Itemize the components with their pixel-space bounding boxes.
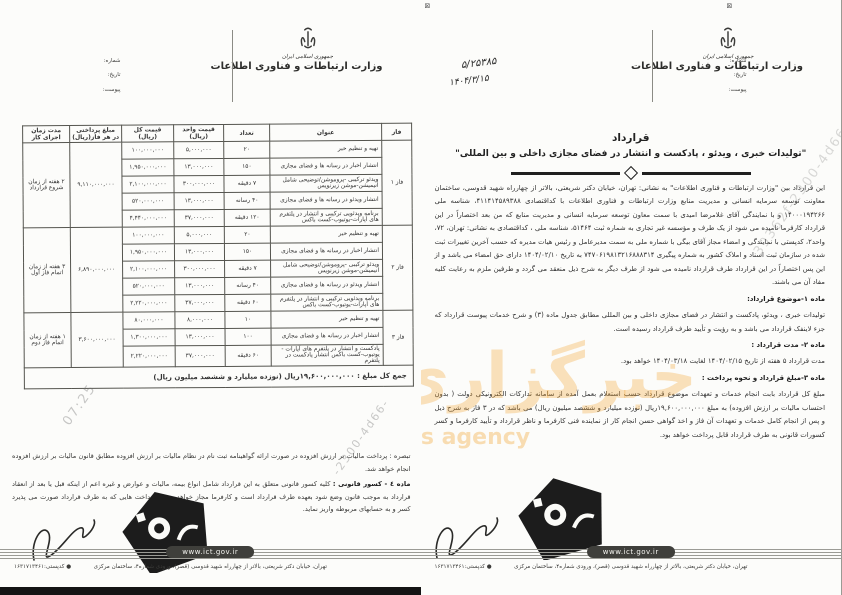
article-2-body: مدت قرارداد ۵ هفته از تاریخ ۱۴۰۴/۰۲/۱۵ ل… — [435, 355, 826, 368]
contract-intro: این قرارداد بین "وزارت ارتباطات و فناوری… — [435, 182, 826, 290]
item-title: انتشار اخبار در رسانه ها و فضای مجازی — [270, 242, 382, 260]
phase-3-payable: ۳,۶۰۰,۰۰۰,۰۰۰ — [70, 312, 122, 367]
contract-title: قرارداد — [421, 132, 842, 144]
article-2-title: ماده ۲- مدت قرارداد : — [435, 339, 826, 352]
item-unit-price: ۵,۰۰۰,۰۰۰ — [173, 141, 223, 158]
grand-total: جمع کل مبلغ : ۱۹,۶۰۰,۰۰۰,۰۰۰ریال (نوزده … — [24, 365, 413, 389]
item-title: انتشار ویدئو در رسانه ها و فضای مجازی — [270, 276, 382, 294]
item-total-price: ۵۲۰,۰۰۰,۰۰۰ — [122, 278, 174, 295]
item-title: انتشار اخبار در رسانه ها و فضای مجازی — [269, 157, 381, 175]
footer-postal: ● کدپستی:۱۶۳۱۷۱۳۴۶۱ — [435, 564, 492, 570]
scan-black-bar — [0, 587, 421, 595]
col-unit-price: قیمت واحد (ریال) — [173, 124, 223, 141]
item-unit-price: ۳۷,۰۰۰,۰۰۰ — [174, 294, 224, 311]
item-unit-price: ۱۳,۰۰۰,۰۰۰ — [175, 328, 225, 345]
divider-line — [511, 172, 620, 175]
item-qty: ۱۲۰ دقیقه — [224, 209, 270, 226]
ministry-name: وزارت ارتباطات و فناوری اطلاعات — [233, 61, 383, 72]
item-total-price: ۴,۴۴۰,۰۰۰,۰۰۰ — [122, 210, 174, 227]
article-4-title: ماده ٤ - کسور قانونی : — [333, 480, 411, 488]
contract-subtitle: "تولیدات خبری ، ویدئو ، پادکست و انتشار … — [421, 149, 842, 159]
item-qty: ۴۰ رسانه — [224, 192, 270, 209]
item-unit-price: ۱۳,۰۰۰,۰۰۰ — [173, 158, 223, 175]
item-unit-price: ۳۰۰,۰۰۰,۰۰۰ — [174, 260, 224, 277]
vat-note: تبصره : پرداخت مالیات بر ارزش افزوده در … — [12, 450, 411, 475]
item-total-price: ۲,۲۲۰,۰۰۰,۰۰۰ — [123, 346, 175, 367]
page-footer: www.ict.gov.ir تهران، خیابان دکتر شریعتی… — [421, 537, 842, 581]
item-total-price: ۵۲۰,۰۰۰,۰۰۰ — [122, 193, 174, 210]
item-title: تهیه و تنظیم خبر — [269, 140, 381, 158]
contract-page-2: جمهوری اسلامی ایران وزارت ارتباطات و فنا… — [0, 0, 421, 595]
contract-page-1: ⊠ ⊠ جمهوری اسلامی ایران وزارت ارتباطات و… — [421, 0, 842, 595]
item-title: تهیه و تنظیم خبر — [270, 225, 382, 243]
col-total-price: قیمت کل (ریال) — [121, 125, 173, 142]
meta-attach-label: پیوست: — [713, 83, 747, 97]
pricing-table: فاز عنوان تعداد قیمت واحد (ریال) قیمت کل… — [22, 123, 414, 390]
scan-artifact: ⊠ — [727, 2, 733, 10]
col-duration: مدت زمان اجرای کار — [22, 126, 69, 143]
item-total-price: ۸۰,۰۰۰,۰۰۰ — [122, 312, 174, 329]
footer-url: www.ict.gov.ir — [166, 546, 254, 558]
divider-diamond-icon — [624, 166, 638, 180]
meta-number-label: شماره: — [713, 54, 747, 68]
item-qty: ۱۵۰ — [223, 158, 269, 175]
grand-total-label: جمع کل مبلغ : — [357, 372, 407, 380]
item-unit-price: ۱۳,۰۰۰,۰۰۰ — [174, 192, 224, 209]
handwritten-date: ۱۴۰۴/۳/۱۵ — [448, 74, 489, 89]
col-qty: تعداد — [223, 124, 269, 141]
country-name: جمهوری اسلامی ایران — [233, 54, 383, 60]
phase-1-payable: ۹,۱۱۰,۰۰۰,۰۰۰ — [69, 142, 122, 227]
meta-number-label: شماره: — [87, 54, 121, 68]
item-unit-price: ۸,۰۰۰,۰۰۰ — [174, 311, 224, 328]
item-unit-price: ۳۷,۰۰۰,۰۰۰ — [175, 345, 225, 366]
iran-emblem-icon — [715, 26, 741, 52]
item-unit-price: ۵,۰۰۰,۰۰۰ — [174, 226, 224, 243]
phase-1-label: فاز ۱ — [381, 140, 412, 225]
item-title: ویدئو ترکیبی -پروموشن/توضیحی شامل انیمیش… — [270, 259, 382, 277]
iran-emblem-icon — [295, 26, 321, 52]
article-3-body: مبلغ کل قرارداد بابت انجام خدمات و تعهدا… — [435, 388, 826, 442]
meta-date-label: تاریخ: — [713, 68, 747, 82]
meta-attach-label: پیوست: — [87, 83, 121, 97]
item-title: تهیه و تنظیم خبر — [270, 310, 382, 328]
item-unit-price: ۱۳,۰۰۰,۰۰۰ — [174, 243, 224, 260]
scan-artifact: ⊠ — [425, 2, 431, 10]
letterhead-rule — [232, 30, 233, 102]
scanned-contract-spread: جمهوری اسلامی ایران وزارت ارتباطات و فنا… — [0, 0, 842, 595]
footer-postal: ● کدپستی:۱۶۳۱۷۱۳۴۶۱ — [14, 564, 71, 570]
item-qty: ۲۰ — [223, 141, 269, 158]
item-qty: ۶۰ دقیقه — [224, 294, 270, 311]
item-total-price: ۲,۱۰۰,۰۰۰,۰۰۰ — [122, 261, 174, 278]
col-payable: مبلغ پرداختی در هر فاز(ریال) — [69, 125, 121, 142]
item-unit-price: ۳۰۰,۰۰۰,۰۰۰ — [173, 175, 223, 192]
item-total-price: ۱,۹۵۰,۰۰۰,۰۰۰ — [121, 159, 173, 176]
item-title: انتشار ویدئو در رسانه ها و فضای مجازی — [270, 191, 382, 209]
phase-3-duration: ۱ هفته از زمان اتمام فاز دوم — [23, 313, 70, 368]
page-footer: www.ict.gov.ir تهران، خیابان دکتر شریعتی… — [0, 537, 421, 581]
col-title: عنوان — [269, 123, 381, 141]
item-title: برنامه ویدئویی ترکیبی و انتشار در پلتفرم… — [270, 293, 382, 311]
item-unit-price: ۱۳,۰۰۰,۰۰۰ — [174, 277, 224, 294]
phase-3-label: فاز ۳ — [382, 310, 412, 365]
item-qty: ۱۵۰ — [224, 243, 270, 260]
title-divider — [511, 168, 752, 178]
grand-total-value: ۱۹,۶۰۰,۰۰۰,۰۰۰ریال (نوزده میلیارد و ششصد… — [153, 372, 354, 381]
item-total-price: ۲,۲۲۰,۰۰۰,۰۰۰ — [122, 295, 174, 312]
item-unit-price: ۳۷,۰۰۰,۰۰۰ — [174, 209, 224, 226]
item-total-price: ۱,۳۰۰,۰۰۰,۰۰۰ — [123, 329, 175, 346]
item-total-price: ۱۰۰,۰۰۰,۰۰۰ — [121, 142, 173, 159]
item-total-price: ۱,۹۵۰,۰۰۰,۰۰۰ — [122, 244, 174, 261]
footer-url: www.ict.gov.ir — [587, 546, 675, 558]
phase-2-payable: ۶,۸۹۰,۰۰۰,۰۰۰ — [70, 227, 123, 312]
item-qty: ۷ دقیقه — [223, 175, 269, 192]
handwritten-number: ۵/۲۵۳۸۵ — [460, 56, 497, 71]
meta-block: شماره: تاریخ: پیوست: — [87, 54, 121, 97]
phase-1-duration: ۲ هفته از زمان شروع قرارداد — [22, 143, 70, 228]
letterhead: جمهوری اسلامی ایران وزارت ارتباطات و فنا… — [233, 26, 383, 72]
phase-2-duration: ۳ هفته از زمان اتمام فاز اول — [23, 228, 71, 313]
item-title: ویدئو ترکیبی -پروموشن/توضیحی شامل انیمیش… — [269, 174, 381, 192]
phase-2-label: فاز ۲ — [382, 225, 413, 310]
article-3-title: ماده ۳-مبلغ قرارداد و نحوه پرداخت : — [435, 372, 826, 385]
item-qty: ۴۰ رسانه — [224, 277, 270, 294]
col-phase: فاز — [381, 123, 411, 140]
table-total-row: جمع کل مبلغ : ۱۹,۶۰۰,۰۰۰,۰۰۰ریال (نوزده … — [24, 365, 413, 389]
letterhead-rule — [652, 30, 653, 102]
item-total-price: ۱۰۰,۰۰۰,۰۰۰ — [122, 227, 174, 244]
item-title: پادکست و انتشار در پلتفرم های آپارات - ی… — [271, 344, 383, 366]
article-1-title: ماده ۱-موضوع قرارداد: — [435, 293, 826, 306]
meta-block: شماره: تاریخ: پیوست: — [713, 54, 747, 97]
item-qty: ۲۰ — [224, 226, 270, 243]
article-1-body: تولیدات خبری ، ویدئو، پادکست و انتشار در… — [435, 309, 826, 336]
divider-line — [642, 172, 751, 175]
item-qty: ۱۰ — [224, 311, 270, 328]
item-total-price: ۲,۱۰۰,۰۰۰,۰۰۰ — [121, 176, 173, 193]
item-qty: ۷ دقیقه — [224, 260, 270, 277]
item-qty: ۱۰۰ — [225, 328, 271, 345]
item-title: انتشار اخبار در رسانه ها و فضای مجازی — [271, 327, 383, 345]
item-qty: ۶۰ دقیقه — [225, 345, 271, 366]
contract-body: این قرارداد بین "وزارت ارتباطات و فناوری… — [435, 182, 826, 445]
item-title: برنامه ویدئویی ترکیبی و انتشار در پلتفرم… — [270, 208, 382, 226]
meta-date-label: تاریخ: — [87, 68, 121, 82]
